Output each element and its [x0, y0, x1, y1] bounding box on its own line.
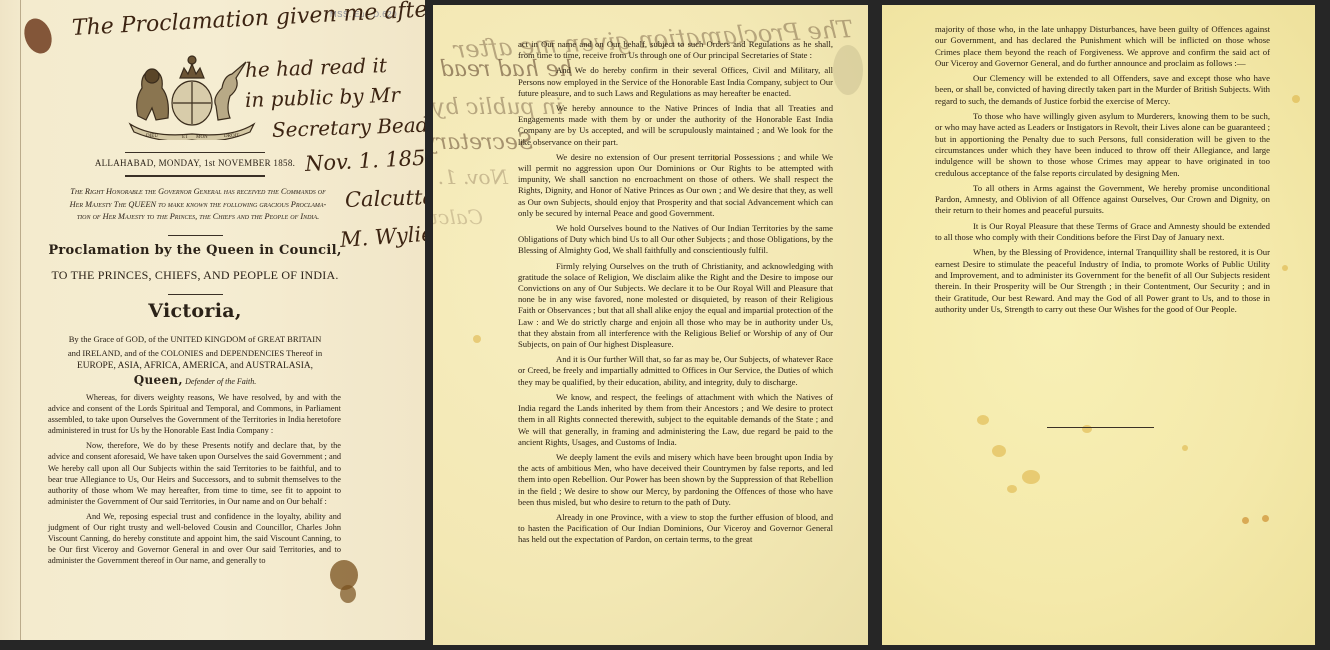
- fold-line: [20, 0, 21, 640]
- ink-stain: [340, 585, 356, 603]
- intro-text: The Right Honorable the Governor General…: [48, 186, 348, 224]
- queen-title: Queen,: [134, 373, 183, 387]
- paragraph: We desire no extension of Our present te…: [518, 152, 833, 219]
- foxing-spot: [473, 335, 481, 343]
- defender-of-faith: Defender of the Faith.: [185, 377, 256, 386]
- handwritten-place: Calcutta: [345, 185, 425, 212]
- paragraph: And We, reposing especial trust and conf…: [48, 511, 341, 566]
- paragraph: Firmly relying Ourselves on the truth of…: [518, 261, 833, 351]
- page1-body: Whereas, for divers weighty reasons, We …: [48, 392, 341, 570]
- victoria-title: Victoria,: [30, 300, 360, 322]
- svg-text:ET: ET: [182, 135, 188, 140]
- page2-body: act in Our name and on Our behalf, subje…: [518, 39, 833, 550]
- ink-stain: [20, 15, 57, 58]
- paragraph: And it is Our further Will that, so far …: [518, 354, 833, 388]
- paragraph: We deeply lament the evils and misery wh…: [518, 452, 833, 508]
- foxing-spot: [1292, 95, 1300, 103]
- svg-text:DROIT: DROIT: [224, 134, 239, 139]
- foxing-spot: [992, 445, 1006, 457]
- divider-rule: [125, 175, 265, 177]
- foxing-spot: [1007, 485, 1017, 493]
- handwritten-note-line4: Secretary Beadon: [272, 112, 425, 142]
- paragraph: Whereas, for divers weighty reasons, We …: [48, 392, 341, 436]
- divider-rule: [125, 152, 265, 153]
- paragraph: And We do hereby confirm in their severa…: [518, 65, 833, 99]
- paragraph: Our Clemency will be extended to all Off…: [935, 73, 1270, 107]
- paragraph: We hold Ourselves bound to the Natives o…: [518, 223, 833, 257]
- foxing-spot: [1242, 517, 1249, 524]
- document-page-3: majority of those who, in the late unhap…: [882, 5, 1315, 645]
- foxing-spot: [1182, 445, 1188, 451]
- paragraph: We know, and respect, the feelings of at…: [518, 392, 833, 448]
- dateline: ALLAHABAD, MONDAY, 1st NOVEMBER 1858.: [60, 158, 330, 168]
- paragraph: act in Our name and on Our behalf, subje…: [518, 39, 833, 61]
- foxing-spot: [1282, 265, 1288, 271]
- proclamation-heading: Proclamation by the Queen in Council,: [30, 243, 360, 258]
- paragraph: When, by the Blessing of Providence, int…: [935, 247, 1270, 315]
- proclamation-subheading: TO THE PRINCES, CHIEFS, AND PEOPLE OF IN…: [30, 268, 360, 283]
- page3-body: majority of those who, in the late unhap…: [935, 24, 1270, 319]
- queen-defender-line: Queen, Defender of the Faith.: [30, 373, 360, 387]
- foxing-spot: [1022, 470, 1040, 484]
- motto-text: DIEU: [146, 134, 158, 139]
- paragraph: It is Our Royal Pleasure that these Term…: [935, 221, 1270, 244]
- foxing-spot: [833, 45, 863, 95]
- show-through-handwriting: Nov. 1. 1858: [433, 165, 508, 189]
- paragraph: To those who have willingly given asylum…: [935, 111, 1270, 179]
- handwritten-note-line1: The Proclamation given me after: [71, 0, 425, 41]
- divider-rule: [168, 235, 223, 236]
- divider-rule: [168, 294, 223, 295]
- document-page-1: MSS. Eur. D.620 The Proclamation given m…: [0, 0, 425, 640]
- royal-coat-of-arms-icon: DIEU ET MON DROIT: [112, 48, 272, 140]
- royal-style-text: By the Grace of GOD, of the UNITED KINGD…: [30, 333, 360, 374]
- foxing-spot: [1262, 515, 1269, 522]
- paragraph: We hereby announce to the Native Princes…: [518, 103, 833, 148]
- closing-rule: [1047, 427, 1154, 428]
- paragraph: To all others in Arms against the Govern…: [935, 183, 1270, 217]
- svg-text:MON: MON: [196, 135, 208, 140]
- foxing-spot: [977, 415, 989, 425]
- document-page-2: The Proclamation given me after he had r…: [433, 5, 868, 645]
- paragraph: Now, therefore, We do by these Presents …: [48, 440, 341, 507]
- show-through-handwriting: Calcutta: [433, 205, 483, 229]
- paragraph: majority of those who, in the late unhap…: [935, 24, 1270, 69]
- paragraph: Already in one Province, with a view to …: [518, 512, 833, 546]
